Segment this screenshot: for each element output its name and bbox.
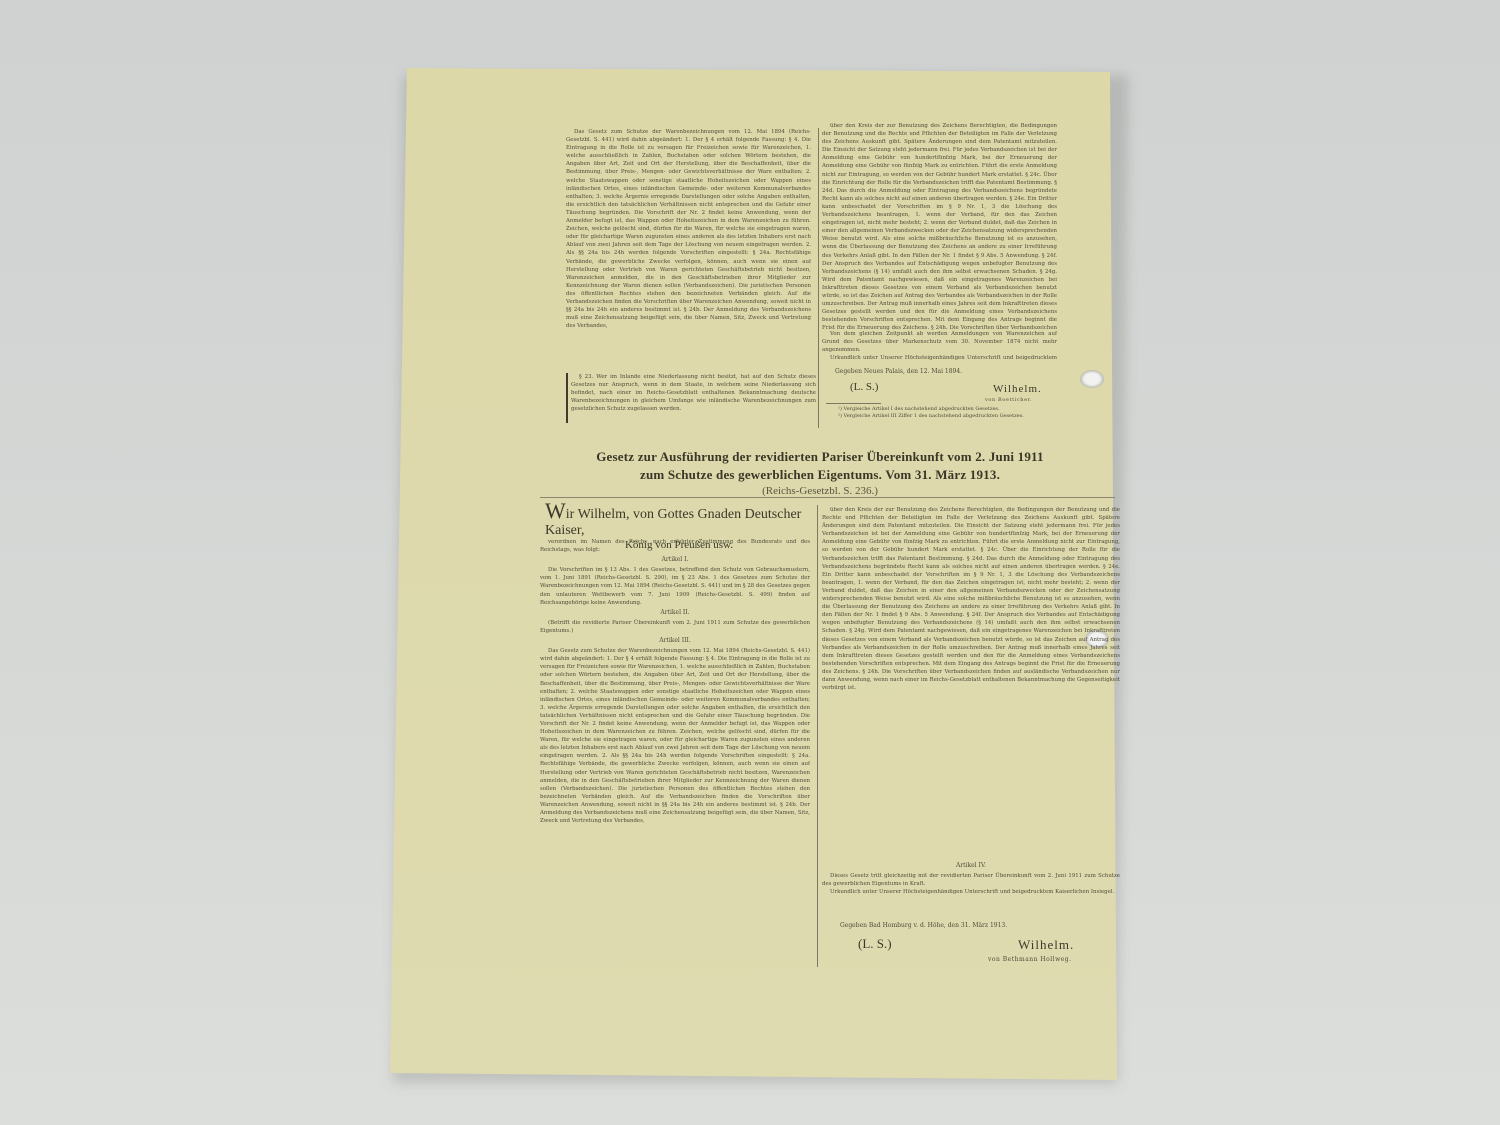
top-left-filler: Das Gesetz zum Schutze der Warenbezeichn… bbox=[566, 128, 811, 330]
initial-letter: W bbox=[545, 498, 566, 523]
preamble-line-1: ir Wilhelm, von Gottes Gnaden Deutscher … bbox=[545, 507, 801, 538]
title-rule bbox=[540, 497, 1115, 498]
bottom-certification: Urkundlich unter Unserer Höchsteigenhänd… bbox=[822, 888, 1120, 896]
preamble-text: verordnen im Namen des Reichs, nach erfo… bbox=[540, 538, 810, 554]
top-signature: Wilhelm. bbox=[993, 383, 1042, 395]
law-source: (Reichs-Gesetzbl. S. 236.) bbox=[540, 485, 1100, 497]
footnote-1: ¹) Vergleiche Artikel I des nachstehend … bbox=[838, 406, 1000, 413]
top-column-divider bbox=[818, 128, 819, 428]
top-given: Gegeben Neues Palais, den 12. Mai 1894. bbox=[835, 368, 962, 375]
punch-hole-top bbox=[1080, 370, 1104, 388]
article-3-heading: Artikel III. bbox=[540, 637, 810, 645]
law-title-line-2: zum Schutze des gewerblichen Eigentums. … bbox=[540, 466, 1100, 484]
article-2-heading: Artikel II. bbox=[540, 609, 810, 617]
top-right-column: über den Kreis der zur Benutzung des Zei… bbox=[822, 122, 1057, 330]
article-1-heading: Artikel I. bbox=[540, 556, 810, 564]
footnote-rule bbox=[826, 403, 881, 404]
bottom-seal: (L. S.) bbox=[858, 936, 892, 952]
article-1-text: Die Vorschriften im § 13 Abs. 1 des Gese… bbox=[540, 566, 810, 606]
bottom-column-divider bbox=[817, 505, 818, 967]
top-left-last-paragraph: § 23. Wer im Inlande eine Niederlassung … bbox=[566, 373, 816, 423]
article-4-block: Artikel IV. Dieses Gesetz tritt gleichze… bbox=[822, 860, 1120, 918]
bottom-signature: Wilhelm. bbox=[1018, 937, 1074, 953]
article-4-heading: Artikel IV. bbox=[822, 862, 1120, 870]
bottom-given: Gegeben Bad Homburg v. d. Höhe, den 31. … bbox=[840, 922, 1007, 929]
article-4-text: Dieses Gesetz tritt gleichzeitig mit der… bbox=[822, 872, 1120, 888]
top-certification: Urkundlich unter Unserer Höchsteigenhänd… bbox=[822, 354, 1057, 362]
article-3-text: Das Gesetz zum Schutze der Warenbezeichn… bbox=[540, 647, 810, 825]
article-2-text: (Betrifft die revidierte Pariser Überein… bbox=[540, 619, 810, 635]
law-title: Gesetz zur Ausführung der revidierten Pa… bbox=[540, 448, 1100, 497]
top-right-closing: Von dem gleichen Zeitpunkt ab werden Anm… bbox=[822, 330, 1057, 362]
top-countersign: von Boetticher. bbox=[985, 397, 1032, 403]
paragraph-23: § 23. Wer im Inlande eine Niederlassung … bbox=[571, 373, 816, 413]
top-right-filler: über den Kreis der zur Benutzung des Zei… bbox=[822, 122, 1057, 330]
bottom-countersign: von Bethmann Hollweg. bbox=[988, 956, 1072, 963]
footnote-2: ²) Vergleiche Artikel III Ziffer 1 des n… bbox=[838, 413, 1024, 420]
law-title-line-1: Gesetz zur Ausführung der revidierten Pa… bbox=[540, 448, 1100, 466]
top-left-column: Das Gesetz zum Schutze der Warenbezeichn… bbox=[566, 128, 811, 366]
closing-paragraph: Von dem gleichen Zeitpunkt ab werden Anm… bbox=[822, 330, 1057, 354]
bottom-right-column: über den Kreis der zur Benutzung des Zei… bbox=[822, 506, 1120, 858]
top-seal: (L. S.) bbox=[850, 381, 878, 393]
right-column-text: über den Kreis der zur Benutzung des Zei… bbox=[822, 506, 1120, 692]
bottom-left-column: verordnen im Namen des Reichs, nach erfo… bbox=[540, 538, 810, 970]
